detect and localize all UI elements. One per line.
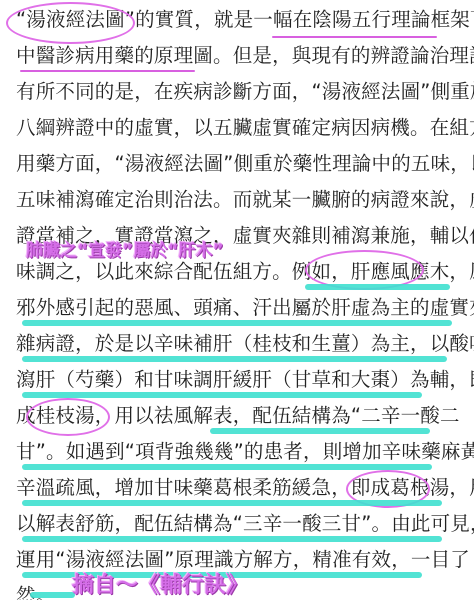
pink-circle-annotation — [26, 398, 110, 436]
text-line: 甘”。如遇到“項背強幾幾”的患者，則增加辛味藥麻黃 — [16, 440, 474, 464]
teal-highlight — [30, 592, 75, 598]
pink-underline-annotation — [272, 36, 437, 38]
text-line: 用藥方面，“湯液經法圖”側重於藥性理論中的五味，以 — [16, 152, 474, 176]
text-line: 瀉肝（芍藥）和甘味調肝緩肝（甘草和大棗）為輔，即 — [16, 368, 474, 392]
teal-highlight — [22, 500, 442, 506]
teal-highlight — [22, 464, 432, 470]
document-page: “湯液經法圖”的實質，就是一幅在陰陽五行理論框架下 中醫診病用藥的原理圖。但是，… — [0, 0, 474, 600]
text-line: 五味補瀉確定治則治法。而就某一臟腑的病證來說，虛 — [16, 188, 474, 212]
text-line: 雜病證，於是以辛味補肝（桂枝和生薑）為主，以酸味 — [16, 332, 474, 356]
teal-highlight — [22, 356, 447, 362]
source-note: 摘自～《輔行訣》 — [72, 568, 248, 599]
pink-circle-annotation — [6, 2, 135, 44]
teal-highlight — [22, 392, 422, 398]
teal-highlight — [210, 428, 430, 434]
text-line: 中醫診病用藥的原理圖。但是，與現有的辨證論治理論 — [16, 44, 474, 68]
text-line: 以解表舒筋，配伍結構為“三辛一酸三甘”。由此可見， — [16, 512, 474, 536]
text-line: 八綱辨證中的虛實，以五臟虛實確定病因病機。在組方 — [16, 116, 474, 140]
pink-underline-annotation — [20, 70, 195, 72]
teal-highlight — [22, 536, 442, 542]
teal-highlight — [22, 320, 452, 326]
overlay-note: 肺臟之“宣發”屬於“肝木” — [26, 236, 224, 261]
text-line: 有所不同的是，在疾病診斷方面，“湯液經法圖”側重於 — [16, 80, 474, 104]
teal-highlight — [305, 284, 450, 290]
text-line: 邪外感引起的惡風、頭痛、汗出屬於肝虛為主的虛實夾 — [16, 296, 474, 320]
